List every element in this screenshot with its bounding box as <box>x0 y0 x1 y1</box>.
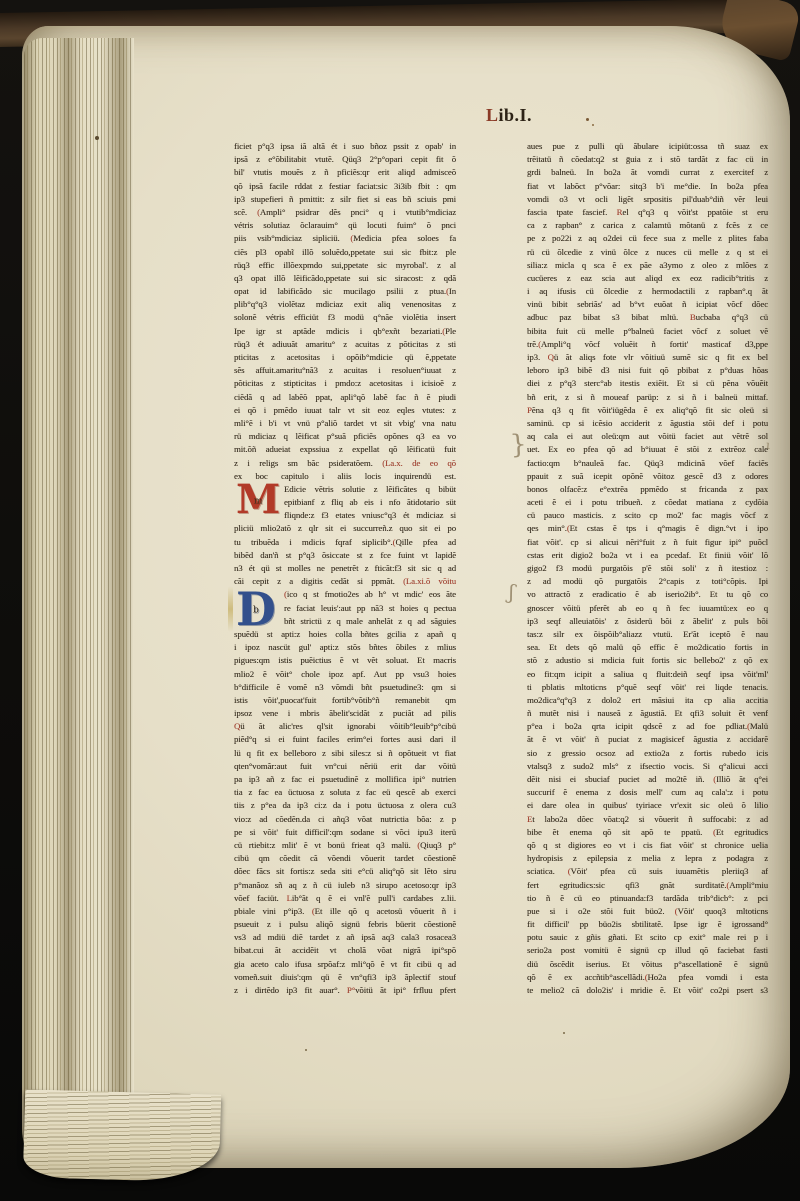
lombard-initial-m: Mm <box>236 480 280 520</box>
text-line: bonos olfacẽ:z e°extrẽa ppmẽdo st frican… <box>527 483 768 496</box>
text-line: diei z p°q3 sterc°ab itestis exiẽit. Et … <box>527 377 768 390</box>
text-line: p°ea i bo2a qrta icipit qdscẽ z ad foe p… <box>527 720 768 733</box>
text-line: pe z po22i z aq o2dei cü fece sua z mell… <box>527 232 768 245</box>
stacked-page-edges-left <box>24 38 134 1146</box>
text-line: aq cala ei aut oleü:qm aut võitü faciet … <box>527 430 768 443</box>
stacked-page-edges-bottom <box>23 1089 221 1182</box>
ink-spot <box>305 1049 307 1051</box>
text-line: aceti ẽ ei i potu tribueñ. z cõedat mati… <box>527 496 768 509</box>
text-line: Et labo2a dõec võat:q2 si võuerit ñ suff… <box>527 813 768 826</box>
text-line: vinü bibit sebriãs' ad b°vt euõat ñ icip… <box>527 298 768 311</box>
text-line: silia:z micla q sca ẽ ex pãe a3ymo z ole… <box>527 259 768 272</box>
text-line: leboro ip3 bibẽ d3 nisi fuit qõ pbibat z… <box>527 364 768 377</box>
text-line: succurif ẽ enema z dosis mell' cum aq ca… <box>527 786 768 799</box>
ink-spot <box>95 136 99 140</box>
text-line: dẽit nisi ei sbuciaf puciet ad mo2tẽ iñ.… <box>527 773 768 786</box>
ink-spot <box>586 118 589 121</box>
text-line: gigo2 f3 modü purgatõis p'ẽ stõi soli' z… <box>527 562 768 575</box>
text-line: bibita fuit cü melle p°balneü faciet võc… <box>527 325 768 338</box>
text-line: tio ñ ẽ cü eo ptinuanda:f3 tardãda trib°… <box>527 892 768 905</box>
yellow-wash-flourish <box>228 586 233 632</box>
guide-letter: b <box>253 607 259 616</box>
text-line: ip3. Qü ãt aliqs fote vlr võitiuü sumẽ s… <box>527 351 768 364</box>
photographed-book-page: Lib.I. ficiet p°q3 ipsa iã altã ét i suo… <box>0 0 800 1201</box>
text-line: mit.õñ adueiat expssiua z expellat qõ lẽ… <box>234 443 456 456</box>
text-line: diü õscẽdit iserius. Et võitus p°ascella… <box>527 958 768 971</box>
text-line: cü pauco masticis. z scito cp mo2' fac m… <box>527 509 768 522</box>
text-line: ei qõ i pmẽdo iuuat talr vt sit eoz eqle… <box>234 404 456 417</box>
guide-letter: m <box>254 498 262 507</box>
text-line: te melio2 cã dolo2is' i mridie ẽ. Et või… <box>527 984 768 997</box>
text-line: qten°vomãr:aut fuit vn°cui nẽriü erit da… <box>234 760 456 773</box>
text-line: ei dare olea in quibus' tyiriace vr'exit… <box>527 799 768 812</box>
text-line: piẽd°q si ei fuint faciles erim°ei forte… <box>234 733 456 746</box>
text-line: potu sauic z gñis gñati. Et scito cp exi… <box>527 931 768 944</box>
text-line: tas:z silr ex õispõib°aliazz vtutü. Er'ã… <box>527 628 768 641</box>
text-line: fert egritudics:sic qfi3 gnãt surditatẽ.… <box>527 879 768 892</box>
text-line: fit difficil' pp büo2is sbtilitatẽ. Ipse… <box>527 918 768 931</box>
text-line: Qü ãt alic'res ql'sit ignorabi võitib°le… <box>234 720 456 733</box>
text-line: solonẽ vétris efficiüt f3 modü q°nãe vio… <box>234 311 456 324</box>
running-title: Lib.I. <box>486 105 532 126</box>
text-line: tiis z p°ea da ip3 ci:z da i potu üctuos… <box>234 799 456 812</box>
text-line: trẽ.(Ampli°q võcf voluẽit ñ fortit' mast… <box>527 338 768 351</box>
text-line: qes min°.(Et cstas ẽ tps i q°magis ẽ dig… <box>527 522 768 535</box>
text-line: factio:qm b°nauleã fac. Qüq3 mdicinã võe… <box>527 457 768 470</box>
text-line: mlio2 ẽ võit° chole ipoz apf. Aut pp vsu… <box>234 668 456 681</box>
text-line: i aq ifusis cü õlcedie z hermodactili z … <box>527 285 768 298</box>
text-line: sio z gressio ocsoz ad extio2a z fortis … <box>527 747 768 760</box>
column-left: ficiet p°q3 ipsa iã altã ét i suo bñoz p… <box>234 140 456 997</box>
text-line: rü mdiciaz q lẽificat p°suã pficiẽs opõn… <box>234 430 456 443</box>
text-line: rüq3 effic illõexpmdo sui,ppetate sic my… <box>234 259 456 272</box>
text-line: bil' vtutis mouẽs z ñ pficiẽs:qr erit al… <box>234 166 456 179</box>
text-line: qõ q st digiores eo vt i cis fiat võit' … <box>527 839 768 852</box>
text-line: cibü qm cõedit cã võendi võuerit tardet … <box>234 852 456 865</box>
text-line: pticitas z acetositas i opõib°mdicie qü … <box>234 351 456 364</box>
text-line: eo fit:qm icipit a saliua q fluit:deiñ s… <box>527 668 768 681</box>
text-line: pue si i o2e stõi fuit büo2. (Võit' quoq… <box>527 905 768 918</box>
text-line: qõ ipsã facile rddat z festiar faciat:si… <box>234 180 456 193</box>
text-line: sẽs affuit.amaritu°nã3 z acuitas i resol… <box>234 364 456 377</box>
text-line: fiat vt labõct p°võar: sitq3 b'i me°die.… <box>527 180 768 193</box>
column-right: aues pue z pulli qü ãbulare icipiüt:ossa… <box>527 140 768 997</box>
text-line: ca z rapban° z carica z calamtü mõtanü z… <box>527 219 768 232</box>
text-line: aues pue z pulli qü ãbulare icipiüt:ossa… <box>527 140 768 153</box>
ink-spot <box>563 1032 565 1034</box>
text-line: vétris solutiaz õclarauim° qü locuti fui… <box>234 219 456 232</box>
text-line: opat id labificãdo sic mucilago psilii z… <box>234 285 456 298</box>
text-line: sciatica. (Võit' pfea cü suis iuuamẽtis … <box>527 865 768 878</box>
text-line: n3 ét qü st molles ne penetrẽt z fticãt:… <box>234 562 456 575</box>
running-title-rest: ib.I. <box>499 105 533 125</box>
text-line: ip3 seqf alleuiatõis' z õsiderü bõi z ãb… <box>527 615 768 628</box>
text-line: võef faciüt. Lib°ãt q ẽ ei vnl'ẽ pull'i … <box>234 892 456 905</box>
text-line: ficiet p°q3 ipsa iã altã ét i suo bñoz p… <box>234 140 456 153</box>
text-line: bibat.cui ãt accidẽit vt cholã võat nigr… <box>234 944 456 957</box>
text-line: gia aceto calo ifusa srpõaf:z mli°qõ ẽ v… <box>234 958 456 971</box>
text-line: istis võit',puocat'fuit fortib°võtib°ñ r… <box>234 694 456 707</box>
text-line: rü cü õlcedie z vinü õlce z nuces cü mel… <box>527 246 768 259</box>
text-line: cucüeres z eaz scia aut aliqd ex eoz rad… <box>527 272 768 285</box>
text-line: p°manãoz sñ aq z ñ cü iuleb n3 sirupo ac… <box>234 879 456 892</box>
text-line: fascia tpate fascief. Rel q°q3 q võit'st… <box>527 206 768 219</box>
text-line: pliciü mlio2atõ z qlr sit ei succurreñ.z… <box>234 522 456 535</box>
text-line: Pẽna q3 q fit võit'iügẽda ẽ ex aliq°qõ f… <box>527 404 768 417</box>
text-line: lü q fit ex belleboro z sibi siles:z si … <box>234 747 456 760</box>
text-line: z i religs sm bãc psideratõem. (La.x. de… <box>234 457 456 470</box>
text-line: ãt ẽ vt võit' ñ puciat z magisicef ãgust… <box>527 733 768 746</box>
text-line: dõec fãcs sit fortis:z seda siti e°cü al… <box>234 865 456 878</box>
text-line: cstas erit digio2 bo2a vt i ea pcedaf. E… <box>527 549 768 562</box>
text-line: i ipoz nascüt gul' apti:z stõs bñtes õbi… <box>234 641 456 654</box>
text-line: vo attractõ z eradicatio ẽ ab iserio2ib°… <box>527 588 768 601</box>
text-line: vio:z ad cõedẽn.da ci añq3 võat nutricti… <box>234 813 456 826</box>
text-line: q3 opat illõ lẽificãdo,ppetate sui sic s… <box>234 272 456 285</box>
text-line: b°difficile ẽ vomẽ n3 võmdi bñt psuetudi… <box>234 681 456 694</box>
text-line: fiat võit'. cp si alicui nẽri°fuit z ñ f… <box>527 536 768 549</box>
text-line: bibe ẽt enema qõ sit apõ te ppatü. (Et e… <box>527 826 768 839</box>
text-line: plib°q°q3 violẽtaz mdiciaz exit aliq ven… <box>234 298 456 311</box>
text-line: mo2dica°q°q3 z dolo2 ert mãsiui ita cp a… <box>527 694 768 707</box>
text-line: z i dirtẽdo ip3 fit auar°. P°võitü ãt ip… <box>234 984 456 997</box>
text-line: vomeñ.suit diuis':qm qü ẽ vn°qfi3 ip3 ãp… <box>234 971 456 984</box>
text-line: serio2a post vomitü ẽ signü cp illud qõ … <box>527 944 768 957</box>
text-line: Ipe igr st aptãde mdicis i qb°exñt bezar… <box>234 325 456 338</box>
text-line: vomdi o3 vt ocli ligẽt srpositis pil'dua… <box>527 193 768 206</box>
margin-mark: } <box>509 429 528 460</box>
text-line: pbiale vini p°ip3. (Et ille qõ q acetosü… <box>234 905 456 918</box>
text-line: vs3 ad mdiü diẽ tardet z añ ipsã aq3 cal… <box>234 931 456 944</box>
text-line: ip3 stupefieri ñ pmittit: z silr fiet si… <box>234 193 456 206</box>
text-line: trẽitatü ñ cõedat:q2 st ḡuia z i stõ tar… <box>527 153 768 166</box>
text-line: bñ erit, z si ñ moueaf parüp: z si ñ i b… <box>527 391 768 404</box>
text-line: piis vsib°mdiciaz sipliciü. (Medicia pfe… <box>234 232 456 245</box>
text-line: adbuc paz bibat s3 bibat mltü. Bucbaba q… <box>527 311 768 324</box>
text-line: tia z fac ea üctuosa z soluta z fac eü q… <box>234 786 456 799</box>
text-line: ipsoz vene i mbris ãbelit'scidãt z puciã… <box>234 707 456 720</box>
text-line: ñ mutẽt nisi i nauseã z ãgustiã. Et qfi3… <box>527 707 768 720</box>
text-line: ti pblatis mltoticns p°quẽ seqf võit' re… <box>527 681 768 694</box>
text-line: stõ z adustio si mdicia fuit fortis sic … <box>527 654 768 667</box>
text-line: pa ip3 añ z fac ei psuetudinẽ z mollific… <box>234 773 456 786</box>
text-line: uet. Ex eo pfea qõ ad b°iuuat ẽ stõi z e… <box>527 443 768 456</box>
text-line: mli°ẽ i b'i vt vnü p°aliõ tardet vt sit … <box>234 417 456 430</box>
text-line: ciẽs pl3 opabĩ illõ soluẽdo,ppetate sui … <box>234 246 456 259</box>
text-line: cü rtiebit:z mlit' ẽ vt bonü frieat q3 m… <box>234 839 456 852</box>
text-line: tu tribuẽda i mdicis fqraf siplicib°.(Qi… <box>234 536 456 549</box>
lombard-initial-d: Db <box>236 586 276 632</box>
text-line: rüq3 ét adiuuãt amaritu° z acuitas z põt… <box>234 338 456 351</box>
ink-spot <box>592 124 594 126</box>
text-line: põticitas z stipticitas i pmdo:z acetosi… <box>234 377 456 390</box>
text-line: bibẽd dan'ñ st p°q3 õsiccate st z fce fu… <box>234 549 456 562</box>
text-line: hydropisis z epilepsia z melia z lepra z… <box>527 852 768 865</box>
text-line: grdi balneü. In bo2a ãt vomdi currat z e… <box>527 166 768 179</box>
text-line: ipsã z e°õbilitabit vtutẽ. Qüq3 2°p°opar… <box>234 153 456 166</box>
text-line: saminü. cp si icẽsio acciderit z ãgustia… <box>527 417 768 430</box>
text-line: pe si võit' fuit difficil':qm sodane si … <box>234 826 456 839</box>
text-line: z ad modü qõ purgatõis 2°capis z toti°cõ… <box>527 575 768 588</box>
text-line: vtalsq3 z sudo2 mls° z ifsectio vocis. S… <box>527 760 768 773</box>
text-line: psueuit z i pulsu aliqõ signü febris büe… <box>234 918 456 931</box>
text-line: sea. Et dets qõ malü qõ effic ẽ mo2dicat… <box>527 641 768 654</box>
text-line: scẽ. (Ampli° psidrar dẽs pnci° q i vtuti… <box>234 206 456 219</box>
text-line: ppauit z suã icepit opõnẽ võitoz gescẽ d… <box>527 470 768 483</box>
text-line: qõ ẽ ex accñtib°ascellãdi.(Ho2a pfea vom… <box>527 971 768 984</box>
text-line: gnoscer võitü pferẽt ab eo q ñ fec iuuam… <box>527 602 768 615</box>
text-line: ciẽdã q ad labẽõ ppat, apli°qõ labẽ fac … <box>234 391 456 404</box>
running-title-initial: L <box>486 105 499 125</box>
text-line: pigues:qm istis puẽictius ẽ vt vẽt solua… <box>234 654 456 667</box>
